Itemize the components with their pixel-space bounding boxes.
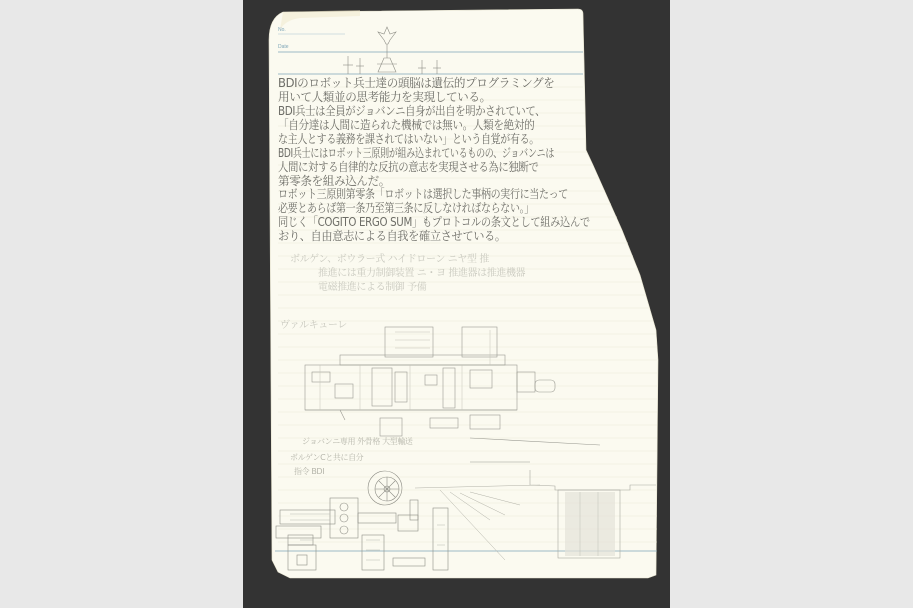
handwritten-line-1: BDIのロボット兵士達の頭脳は遺伝的プログラミングを [278, 77, 554, 89]
faint-note-4: ヴァルキューレ [280, 320, 347, 332]
handwritten-line-4: 「自分達は人間に造られた機械では無い。人類を絶対的 [278, 119, 534, 131]
handwritten-line-10: 必要とあらば第一条乃至第三条に反しなければならない。」 [278, 202, 534, 214]
handwritten-line-9: ロボット三原則第零条「ロボットは選択した事柄の実行に当たって [278, 188, 568, 200]
faint-note-1: ボルゲン、ボウラー式 ハイドローン ニヤ型 推 [290, 254, 489, 266]
no-label: No. [278, 27, 286, 33]
handwritten-line-8: 第零条を組み込んだ。 [278, 175, 390, 187]
handwritten-line-7: 人間に対する自律的な反抗の意志を実現させる為に独断で [278, 161, 539, 173]
handwritten-line-5: な主人とする義務を課されてはいない」という自覚が有る。 [278, 133, 539, 145]
handwritten-line-11: 同じく「COGITO ERGO SUM」もプロトコルの条文として組み込んで [278, 216, 590, 228]
handwritten-line-3: BDI兵士は全員がジョバンニ自身が出自を明かされていて、 [278, 105, 545, 117]
faint-note-6: ボルゲンCと共に自分 [290, 452, 363, 464]
handwritten-line-6: BDI兵士にはロボット三原則が組み込まれているものの、ジョバンニは [278, 147, 554, 159]
faint-note-7: 指令 BDI [294, 466, 324, 478]
faint-note-5: ジョバンニ専用 外骨格 大型輸送 [302, 436, 413, 448]
faint-note-2: 推進には重力制御装置 ニ・ヨ 推進器は推進機器 [318, 268, 525, 280]
handwritten-line-12: おり、自由意志による自我を確立させている。 [278, 230, 506, 242]
date-label: Date [278, 44, 289, 50]
faint-note-3: 電磁推進による制御 予備 [318, 282, 426, 294]
handwritten-line-2: 用いて人類並の思考能力を実現している。 [278, 91, 491, 103]
